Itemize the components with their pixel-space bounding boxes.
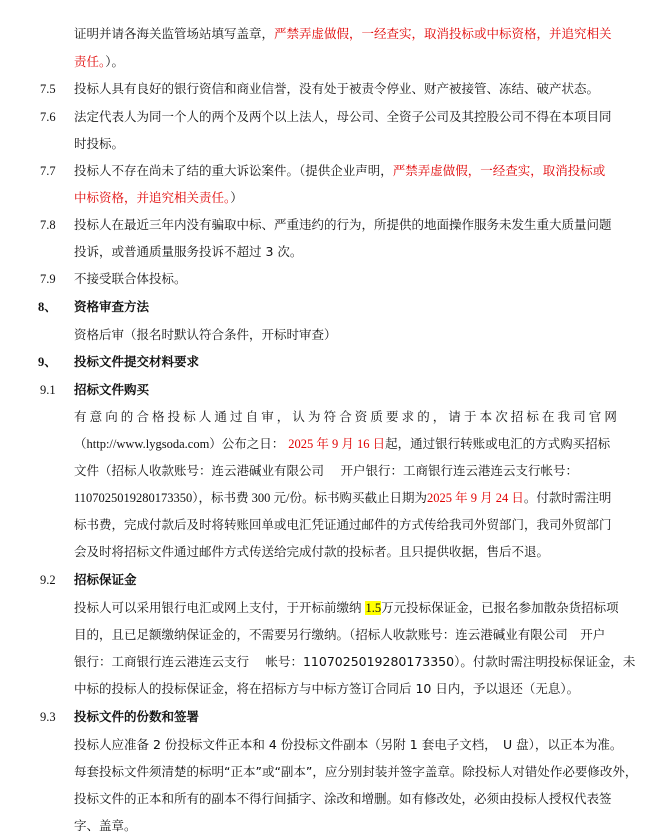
item-number: 7.8 <box>40 217 56 233</box>
s92-line: 目的，且已足额缴纳保证金的，不需要另行缴纳。（招标人收款账号：连云港碱业有限公司… <box>74 627 605 643</box>
intro-text: ）。 <box>105 54 124 69</box>
section-8-body: 资格后审（报名时默认符合条件，开标时审查） <box>74 327 337 343</box>
item-text: 投标人不存在尚未了结的重大诉讼案件。（提供企业声明， <box>74 163 393 178</box>
item-7-5-text: 投标人具有良好的银行资信和商业信誉，没有处于被责令停业、财产被接管、冻结、破产状… <box>74 81 599 97</box>
s92-line: 投标人可以采用银行电汇或网上支付，于开标前缴纳 1.5万元投标保证金，已报名参加… <box>74 600 619 616</box>
item-7-7-line-1: 投标人不存在尚未了结的重大诉讼案件。（提供企业声明，严禁弄虚做假，一经查实，取消… <box>74 163 605 179</box>
s91-line: 文件（招标人收款账号：连云港碱业有限公司 开户银行：工商银行连云港连云支行帐号： <box>74 463 578 479</box>
s92-line: 中标的投标人的投标保证金，将在招标方与中标方签订合同后 10 日内，予以退还（无… <box>74 681 579 697</box>
subsection-number: 9.1 <box>40 382 56 398</box>
item-7-7-line-2: 中标资格，并追究相关责任。） <box>74 190 243 206</box>
s91-line: 会及时将招标文件通过邮件方式传送给完成付款的投标者。且只提供收据，售后不退。 <box>74 544 549 560</box>
website-url-text: （http://www.lygsoda.com）公布之日： <box>74 437 284 451</box>
subsection-9-3-title: 投标文件的份数和签署 <box>74 709 199 725</box>
item-7-6-text: 法定代表人为同一个人的两个及两个以上法人，母公司、全资子公司及其控股公司不得在本… <box>74 109 612 125</box>
warning-text: 责任。 <box>74 54 105 69</box>
section-number: 8、 <box>38 299 57 315</box>
s91-text: 起，通过银行转账或电汇的方式购买招标 <box>385 436 610 451</box>
subsection-number: 9.2 <box>40 572 56 588</box>
s93-line: 投标人应准备 2 份投标文件正本和 4 份投标文件副本（另附 1 套电子文档， … <box>74 737 622 753</box>
s93-line: 每套投标文件须清楚的标明“正本”或“副本”，应分别封装并签字盖章。除投标人对错处… <box>74 764 637 780</box>
s93-line: 字、盖章。 <box>74 818 137 834</box>
subsection-9-2-title: 招标保证金 <box>74 572 137 588</box>
item-number: 7.5 <box>40 81 56 97</box>
section-9-title: 投标文件提交材料要求 <box>74 354 199 370</box>
s91-line: 1107025019280173350），标书费 300 元/份。标书购买截止日… <box>74 490 611 506</box>
item-7-8-text: 投标人在最近三年内没有骗取中标、严重违约的行为，所提供的地面操作服务未发生重大质… <box>74 217 612 233</box>
item-7-9-text: 不接受联合体投标。 <box>74 271 187 287</box>
item-number: 7.9 <box>40 271 56 287</box>
s91-text: 。付款时需注明 <box>524 490 612 505</box>
start-date: 2025 年 9 月 16 日 <box>288 437 385 451</box>
s91-line: （http://www.lygsoda.com）公布之日： 2025 年 9 月… <box>74 436 610 452</box>
s92-line: 银行：工商银行连云港连云支行 帐号：1107025019280173350）。付… <box>74 654 635 670</box>
s93-line: 投标文件的正本和所有的副本不得行间插字、涂改和增删。如有修改处，必须由投标人授权… <box>74 791 612 807</box>
item-text: ） <box>230 190 243 205</box>
s91-line: 有意向的合格投标人通过自审，认为符合资质要求的，请于本次招标在我司官网 <box>74 409 620 425</box>
subsection-9-1-title: 招标文件购买 <box>74 382 149 398</box>
section-8-title: 资格审查方法 <box>74 299 149 315</box>
intro-text: 证明并请各海关监管场站填写盖章， <box>74 26 274 41</box>
deposit-amount-highlight: 1.5 <box>365 601 381 615</box>
s92-text: 万元投标保证金，已报名参加散杂货招标项 <box>381 600 619 615</box>
warning-text: 严禁弄虚做假，一经查实，取消投标或 <box>393 163 606 178</box>
item-7-6-text: 时投标。 <box>74 136 124 152</box>
section-number: 9、 <box>38 354 57 370</box>
intro-line-1: 证明并请各海关监管场站填写盖章，严禁弄虚做假，一经查实，取消投标或中标资格，并追… <box>74 26 612 42</box>
subsection-number: 9.3 <box>40 709 56 725</box>
warning-text: 中标资格，并追究相关责任。 <box>74 190 230 205</box>
s91-text: 1107025019280173350），标书费 300 元/份。标书购买截止日… <box>74 491 427 505</box>
warning-text: 严禁弄虚做假，一经查实，取消投标或中标资格，并追究相关 <box>274 26 612 41</box>
item-number: 7.7 <box>40 163 56 179</box>
item-number: 7.6 <box>40 109 56 125</box>
intro-line-2: 责任。）。 <box>74 54 124 70</box>
s91-line: 标书费，完成付款后及时将转账回单或电汇凭证通过邮件的方式传给我司外贸部门，我司外… <box>74 517 612 533</box>
item-7-8-text: 投诉，或普通质量服务投诉不超过 3 次。 <box>74 244 302 260</box>
s92-text: 投标人可以采用银行电汇或网上支付，于开标前缴纳 <box>74 600 365 615</box>
deadline-date: 2025 年 9 月 24 日 <box>427 491 524 505</box>
